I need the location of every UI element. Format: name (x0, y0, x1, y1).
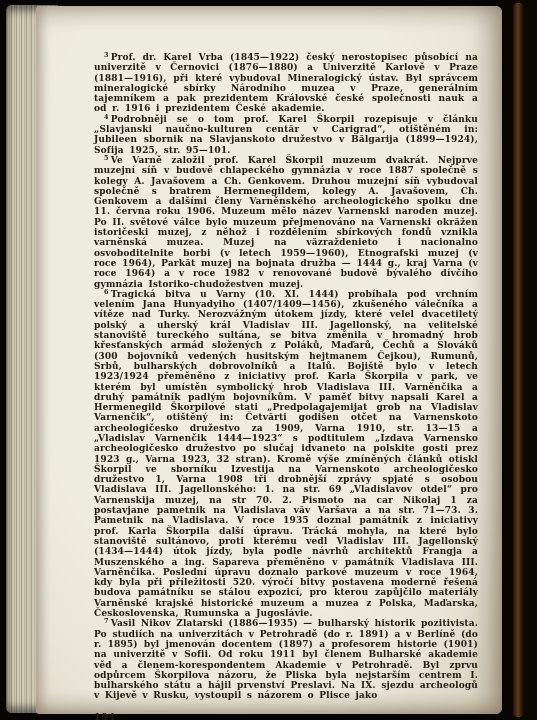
footnote-number: 7 (104, 617, 109, 625)
footnotes-block: 3Prof. dr. Karel Vrba (1845—1922) český … (94, 53, 478, 720)
footnote-6: 6Tragická bitva u Varny (10. XI. 1444) p… (94, 290, 478, 620)
footnote-5: 5Ve Varně založil prof. Karel Škorpil mu… (94, 156, 478, 290)
footnote-4: 4Podrobněji se o tom prof. Karel Škorpil… (94, 115, 478, 156)
footnote-number: 5 (104, 154, 109, 162)
page-number: 194 (94, 713, 478, 720)
book-page: 3Prof. dr. Karel Vrba (1845—1922) český … (36, 6, 502, 714)
footnote-text: Tragická bitva u Varny (10. XI. 1444) pr… (94, 290, 478, 619)
footnote-3: 3Prof. dr. Karel Vrba (1845—1922) český … (94, 53, 478, 115)
footnote-text: Podrobněji se o tom prof. Karel Škorpil … (94, 115, 478, 156)
footnote-text: Ve Varně založil prof. Karel Škorpil muz… (94, 156, 478, 290)
footnote-text: Vasil Nikov Zlatarski (1886—1935) — bulh… (94, 619, 478, 701)
book-board-edge (513, 3, 524, 717)
footnote-number: 3 (104, 51, 109, 59)
footnote-number: 4 (104, 113, 109, 121)
footnote-text: Prof. dr. Karel Vrba (1845—1922) český n… (94, 53, 478, 114)
footnote-number: 6 (104, 288, 109, 296)
footnote-7: 7Vasil Nikov Zlatarski (1886—1935) — bul… (94, 619, 478, 701)
book-photo: 3Prof. dr. Karel Vrba (1845—1922) český … (0, 0, 537, 720)
